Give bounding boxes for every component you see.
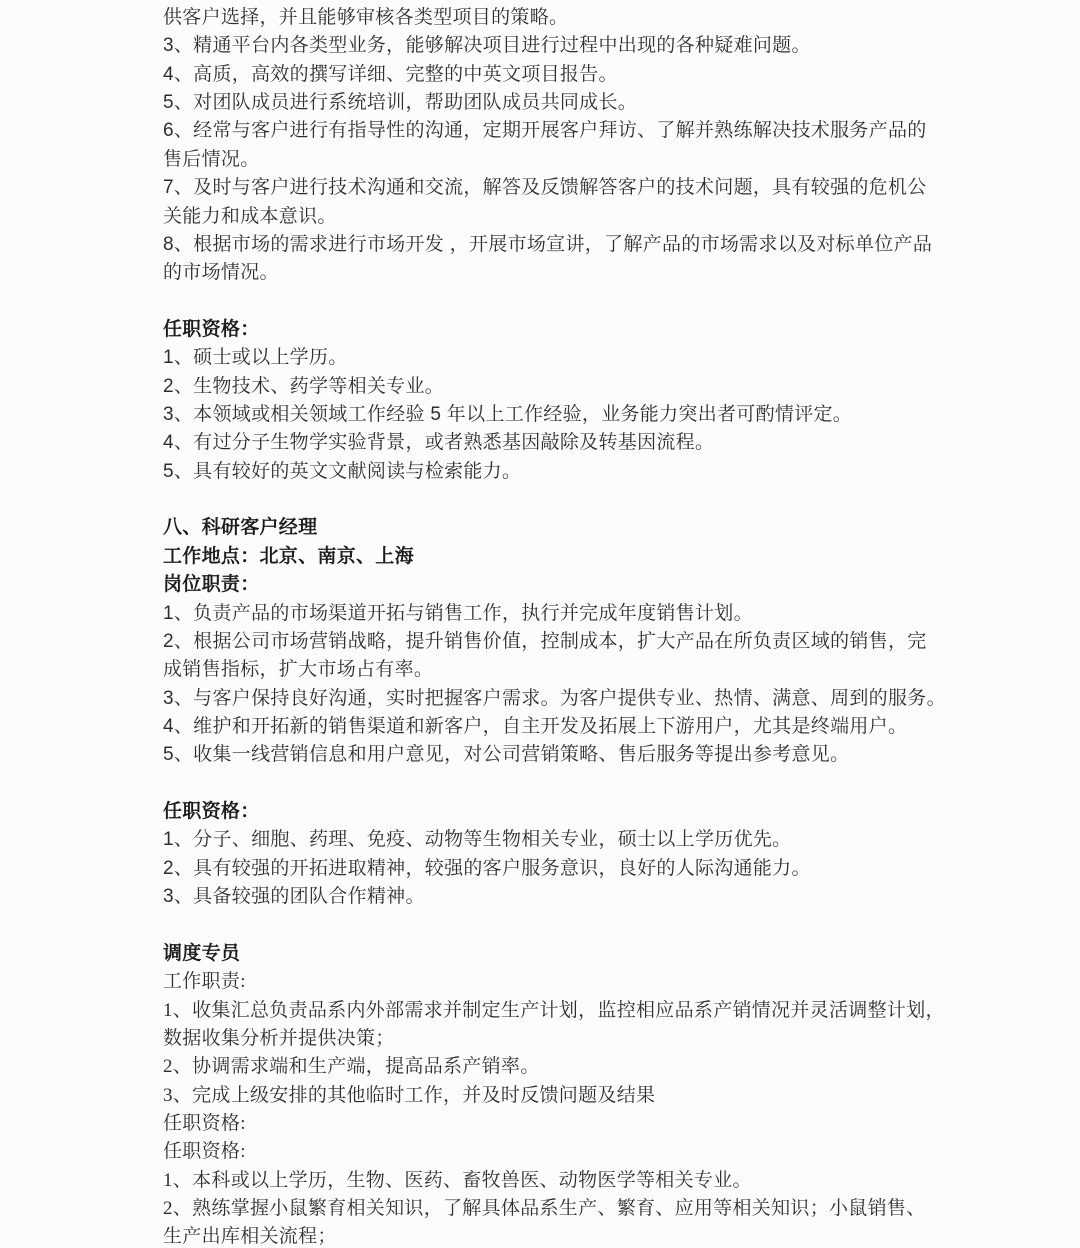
blank-line (163, 912, 940, 940)
text-line: 5、具有较好的英文文献阅读与检索能力。 (163, 458, 940, 486)
document-body: 供客户选择，并且能够审核各类型项目的策略。3、精通平台内各类型业务，能够解决项目… (163, 4, 940, 1248)
text-line: 1、本科或以上学历，生物、医药、畜牧兽医、动物医学等相关专业。 (163, 1167, 940, 1195)
text-line: 3、本领域或相关领域工作经验 5 年以上工作经验，业务能力突出者可酌情评定。 (163, 401, 940, 429)
text-line: 数据收集分析并提供决策； (163, 1025, 940, 1053)
text-line: 八、科研客户经理 (163, 514, 940, 542)
text-line: 1、分子、细胞、药理、免疫、动物等生物相关专业，硕士以上学历优先。 (163, 826, 940, 854)
text-line: 3、完成上级安排的其他临时工作，并及时反馈问题及结果 (163, 1082, 940, 1110)
text-line: 2、生物技术、药学等相关专业。 (163, 373, 940, 401)
text-line: 2、熟练掌握小鼠繁育相关知识，了解具体品系生产、繁育、应用等相关知识；小鼠销售、 (163, 1195, 940, 1223)
text-line: 8、根据市场的需求进行市场开发 ，开展市场宣讲，了解产品的市场需求以及对标单位产… (163, 231, 940, 259)
text-line: 岗位职责： (163, 571, 940, 599)
text-line: 2、协调需求端和生产端，提高品系产销率。 (163, 1053, 940, 1081)
text-line: 6、经常与客户进行有指导性的沟通，定期开展客户拜访、了解并熟练解决技术服务产品的 (163, 117, 940, 145)
blank-line (163, 288, 940, 316)
text-line: 生产出库相关流程； (163, 1223, 940, 1248)
text-line: 2、具有较强的开拓进取精神，较强的客户服务意识，良好的人际沟通能力。 (163, 855, 940, 883)
text-line: 任职资格: (163, 1138, 940, 1166)
text-line: 的市场情况。 (163, 259, 940, 287)
text-line: 关能力和成本意识。 (163, 203, 940, 231)
text-line: 任职资格： (163, 316, 940, 344)
document-page: 供客户选择，并且能够审核各类型项目的策略。3、精通平台内各类型业务，能够解决项目… (0, 0, 1080, 1248)
text-line: 5、对团队成员进行系统培训，帮助团队成员共同成长。 (163, 89, 940, 117)
text-line: 调度专员 (163, 940, 940, 968)
text-line: 2、根据公司市场营销战略，提升销售价值，控制成本，扩大产品在所负责区域的销售，完 (163, 628, 940, 656)
text-line: 成销售指标，扩大市场占有率。 (163, 656, 940, 684)
text-line: 售后情况。 (163, 146, 940, 174)
text-line: 7、及时与客户进行技术沟通和交流，解答及反馈解答客户的技术问题，具有较强的危机公 (163, 174, 940, 202)
text-line: 4、有过分子生物学实验背景，或者熟悉基因敲除及转基因流程。 (163, 429, 940, 457)
text-line: 4、高质，高效的撰写详细、完整的中英文项目报告。 (163, 61, 940, 89)
text-line: 任职资格: (163, 1110, 940, 1138)
text-line: 5、收集一线营销信息和用户意见，对公司营销策略、售后服务等提出参考意见。 (163, 741, 940, 769)
text-line: 供客户选择，并且能够审核各类型项目的策略。 (163, 4, 940, 32)
text-line: 4、维护和开拓新的销售渠道和新客户，自主开发及拓展上下游用户，尤其是终端用户。 (163, 713, 940, 741)
text-line: 1、硕士或以上学历。 (163, 344, 940, 372)
text-line: 工作职责: (163, 968, 940, 996)
text-line: 3、精通平台内各类型业务，能够解决项目进行过程中出现的各种疑难问题。 (163, 32, 940, 60)
text-line: 1、收集汇总负责品系内外部需求并制定生产计划，监控相应品系产销情况并灵活调整计划… (163, 997, 940, 1025)
text-line: 3、具备较强的团队合作精神。 (163, 883, 940, 911)
text-line: 工作地点：北京、南京、上海 (163, 543, 940, 571)
blank-line (163, 486, 940, 514)
text-line: 任职资格： (163, 798, 940, 826)
text-line: 1、负责产品的市场渠道开拓与销售工作，执行并完成年度销售计划。 (163, 600, 940, 628)
text-line: 3、与客户保持良好沟通，实时把握客户需求。为客户提供专业、热情、满意、周到的服务… (163, 685, 940, 713)
blank-line (163, 770, 940, 798)
